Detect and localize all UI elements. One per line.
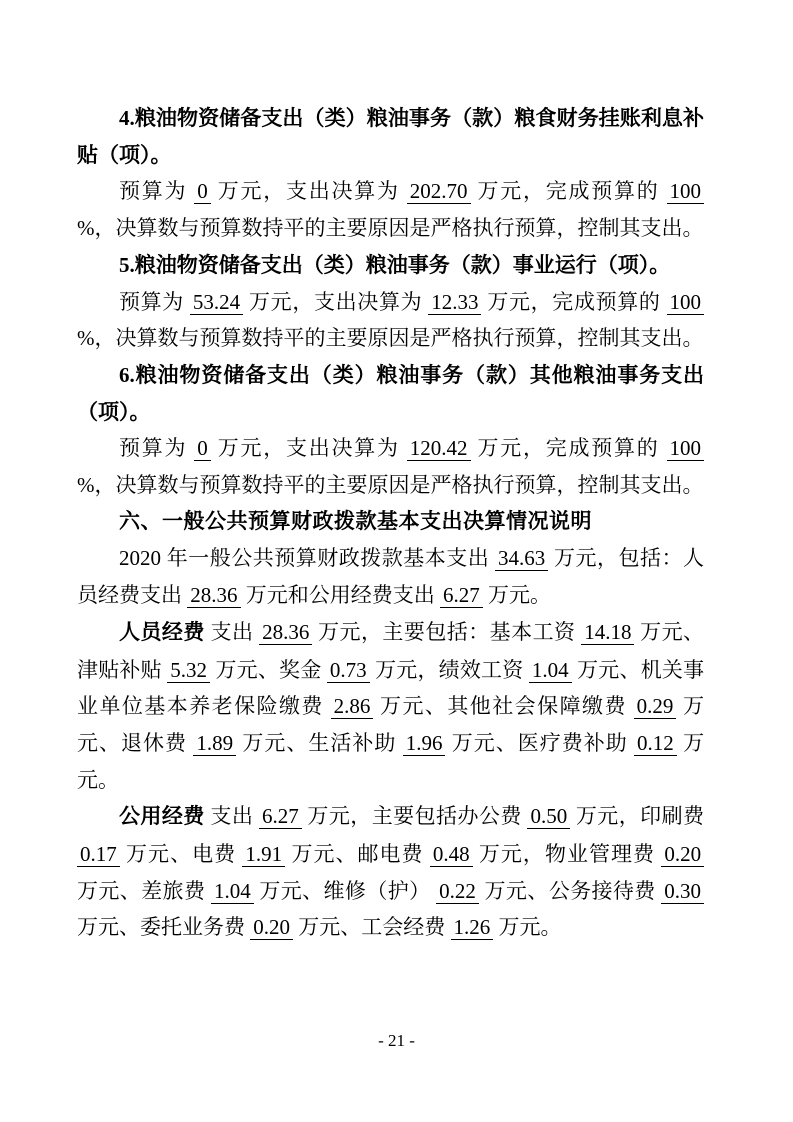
- text-run: 万元，主要包括：基本工资: [318, 620, 575, 644]
- underlined-value: 1.04: [529, 658, 572, 683]
- underlined-value: 5.32: [167, 658, 210, 683]
- underlined-value: 6.27: [440, 583, 483, 608]
- text-run: 万元、邮电费: [291, 842, 423, 866]
- underlined-value: 1.91: [242, 842, 285, 867]
- underlined-value: 0.20: [661, 842, 704, 867]
- paragraph-section-4: 预算为 0 万元，支出决算为 202.70 万元，完成预算的 100 %，决算数…: [77, 173, 704, 246]
- text-run: 5.粮油物资储备支出（类）粮油事务（款）事业运行（项）。: [119, 253, 670, 277]
- text-run: 4.粮油物资储备支出（类）粮油事务（款）粮食财务挂账利息补贴（项）。: [77, 106, 704, 167]
- page-footer: - 21 -: [0, 1030, 793, 1052]
- text-run: 6.粮油物资储备支出（类）粮油事务（款）其他粮油事务支出（项）。: [77, 363, 704, 424]
- heading-section-6: 6.粮油物资储备支出（类）粮油事务（款）其他粮油事务支出（项）。: [77, 357, 704, 430]
- bold-term: 人员经费: [119, 621, 205, 644]
- text-run: 万元，物业管理费: [479, 842, 655, 866]
- text-run: 万元、维修（护）: [259, 879, 430, 903]
- text-run: 万元，支出决算为: [218, 436, 400, 460]
- text-run: %，决算数与预算数持平的主要原因是严格执行预算，控制其支出。: [77, 326, 704, 350]
- text-run: 万元、生活补助: [242, 731, 396, 755]
- text-run: 万元，印刷费: [576, 804, 704, 828]
- text-run: 万元，完成预算的: [478, 179, 660, 203]
- underlined-value: 12.33: [428, 290, 481, 315]
- underlined-value: 2.86: [331, 694, 374, 719]
- underlined-value: 1.26: [451, 915, 494, 940]
- text-run: 万元、其他社会保障缴费: [380, 694, 627, 718]
- text-run: 万元，绩效工资: [375, 658, 523, 682]
- underlined-value: 0: [194, 179, 211, 204]
- underlined-value: 0.22: [436, 879, 479, 904]
- text-run: 万元、委托业务费: [77, 915, 245, 939]
- text-run: 2020 年一般公共预算财政拨款基本支出: [119, 546, 489, 570]
- text-run: 万元、公务接待费: [485, 879, 656, 903]
- page-number: - 21 -: [378, 1031, 415, 1050]
- text-run: %，决算数与预算数持平的主要原因是严格执行预算，控制其支出。: [77, 216, 704, 240]
- underlined-value: 100: [667, 436, 705, 461]
- underlined-value: 202.70: [407, 179, 471, 204]
- underlined-value: 53.24: [190, 290, 243, 315]
- text-run: 六、一般公共预算财政拨款基本支出决算情况说明: [119, 510, 592, 533]
- underlined-value: 34.63: [495, 546, 548, 571]
- underlined-value: 28.36: [187, 583, 240, 608]
- text-run: 支出: [210, 804, 253, 828]
- heading-section-5: 5.粮油物资储备支出（类）粮油事务（款）事业运行（项）。: [77, 247, 704, 284]
- underlined-value: 14.18: [581, 620, 634, 645]
- underlined-value: 0.48: [430, 842, 473, 867]
- underlined-value: 0.17: [77, 842, 120, 867]
- underlined-value: 1.96: [403, 731, 446, 756]
- underlined-value: 0.12: [634, 731, 677, 756]
- underlined-value: 6.27: [259, 804, 302, 829]
- paragraph-section-6: 预算为 0 万元，支出决算为 120.42 万元，完成预算的 100 %，决算数…: [77, 430, 704, 503]
- document-page: 4.粮油物资储备支出（类）粮油事务（款）粮食财务挂账利息补贴（项）。 预算为 0…: [0, 0, 793, 1122]
- text-run: 万元和公用经费支出: [246, 583, 435, 607]
- text-run: 万元，完成预算的: [478, 436, 660, 460]
- text-run: 预算为: [119, 290, 184, 314]
- paragraph-personnel-funds: 人员经费 支出 28.36 万元，主要包括：基本工资 14.18 万元、津贴补贴…: [77, 614, 704, 799]
- paragraph-basic-expenditure-overview: 2020 年一般公共预算财政拨款基本支出 34.63 万元，包括：人员经费支出 …: [77, 540, 704, 613]
- document-page-root: { "page": { "background": "#ffffff", "te…: [0, 0, 793, 1122]
- text-run: 万元。: [488, 583, 551, 607]
- text-run: 万元、电费: [126, 842, 236, 866]
- text-run: 万元、医疗费补助: [452, 731, 628, 755]
- text-run: 万元、工会经费: [298, 915, 445, 939]
- text-run: 万元，支出决算为: [249, 290, 422, 314]
- paragraph-section-5: 预算为 53.24 万元，支出决算为 12.33 万元，完成预算的 100 %，…: [77, 284, 704, 357]
- underlined-value: 0.20: [250, 915, 293, 940]
- text-run: 万元。: [499, 915, 562, 939]
- text-run: 预算为: [119, 436, 187, 460]
- text-run: 万元，主要包括办公费: [307, 804, 521, 828]
- document-content: 4.粮油物资储备支出（类）粮油事务（款）粮食财务挂账利息补贴（项）。 预算为 0…: [77, 100, 704, 946]
- bold-term: 公用经费: [119, 805, 205, 828]
- text-run: 支出: [211, 620, 254, 644]
- underlined-value: 100: [667, 290, 705, 315]
- underlined-value: 0.29: [634, 694, 677, 719]
- text-run: 预算为: [119, 179, 187, 203]
- underlined-value: 28.36: [259, 620, 312, 645]
- underlined-value: 120.42: [407, 436, 471, 461]
- underlined-value: 1.89: [193, 731, 236, 756]
- underlined-value: 0.30: [661, 879, 704, 904]
- heading-section-six: 六、一般公共预算财政拨款基本支出决算情况说明: [77, 504, 704, 541]
- text-run: 万元、差旅费: [77, 879, 205, 903]
- heading-section-4: 4.粮油物资储备支出（类）粮油事务（款）粮食财务挂账利息补贴（项）。: [77, 100, 704, 173]
- underlined-value: 0.73: [327, 658, 370, 683]
- paragraph-public-funds: 公用经费 支出 6.27 万元，主要包括办公费 0.50 万元，印刷费 0.17…: [77, 798, 704, 946]
- text-run: %，决算数与预算数持平的主要原因是严格执行预算，控制其支出。: [77, 473, 704, 497]
- underlined-value: 0.50: [527, 804, 570, 829]
- text-run: 万元，完成预算的: [487, 290, 660, 314]
- underlined-value: 1.04: [211, 879, 254, 904]
- underlined-value: 100: [667, 179, 705, 204]
- text-run: 万元、奖金: [215, 658, 321, 682]
- text-run: 万元，支出决算为: [218, 179, 400, 203]
- underlined-value: 0: [194, 436, 211, 461]
